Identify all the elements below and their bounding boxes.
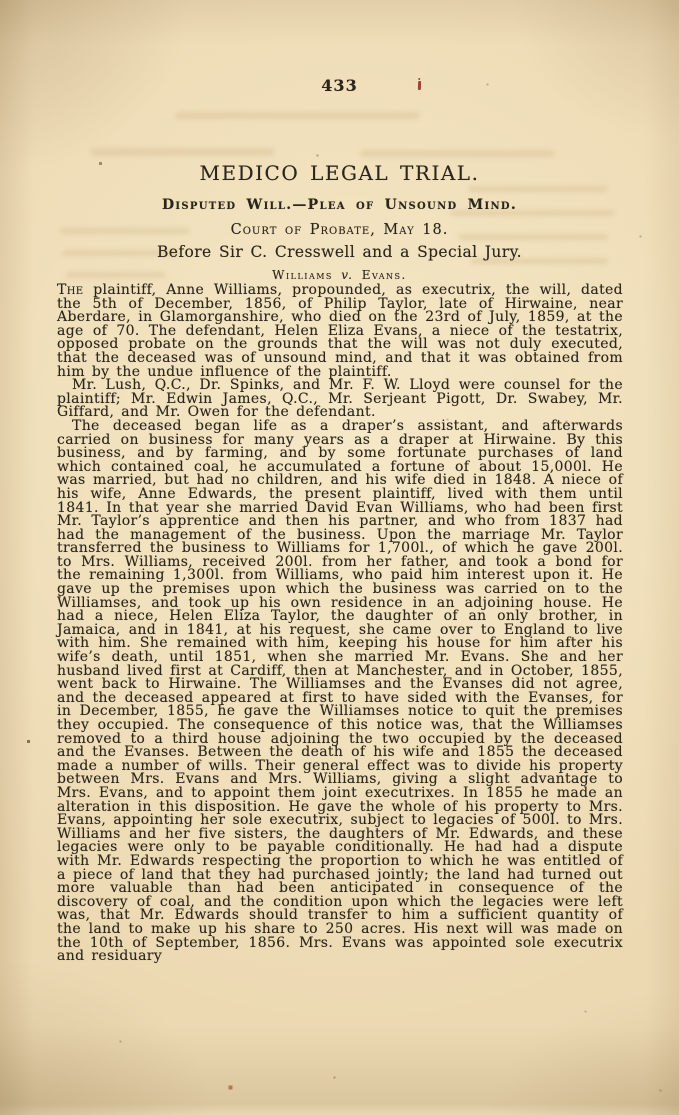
case-plaintiff: Williams bbox=[272, 268, 333, 282]
paragraph-narrative: The deceased began life as a draper’s as… bbox=[57, 420, 623, 964]
page-number: 433 bbox=[57, 76, 622, 95]
case-versus: v. bbox=[341, 268, 353, 282]
judge-line: Before Sir C. Cresswell and a Special Ju… bbox=[57, 243, 622, 261]
bleed-through-ghost bbox=[175, 112, 420, 119]
bleed-through-ghost bbox=[468, 186, 608, 192]
paragraph-text: The deceased began life as a draper’s as… bbox=[57, 418, 623, 964]
court-line: Court of Probate, May 18. bbox=[57, 222, 622, 238]
case-defendant: Evans. bbox=[362, 268, 407, 282]
paragraph-case-summary: The plaintiff, Anne Williams, propounded… bbox=[57, 284, 623, 379]
bleed-through-ghost bbox=[90, 148, 275, 156]
bleed-through-ghost bbox=[360, 150, 555, 157]
article-body: The plaintiff, Anne Williams, propounded… bbox=[57, 284, 623, 964]
scanned-book-page: 433 MEDICO LEGAL TRIAL. Disputed Will.—P… bbox=[0, 0, 679, 1115]
article-subtitle: Disputed Will.—Plea of Unsound Mind. bbox=[57, 197, 622, 213]
case-title: Williams v. Evans. bbox=[57, 268, 622, 282]
paragraph-text: plaintiff, Anne Williams, propounded, as… bbox=[57, 282, 623, 380]
paragraph-text: Mr. Lush, Q.C., Dr. Spinks, and Mr. F. W… bbox=[57, 377, 623, 420]
paragraph-counsel: Mr. Lush, Q.C., Dr. Spinks, and Mr. F. W… bbox=[57, 379, 623, 420]
article-title: MEDICO LEGAL TRIAL. bbox=[57, 161, 622, 185]
paper-specks bbox=[0, 0, 1, 1]
